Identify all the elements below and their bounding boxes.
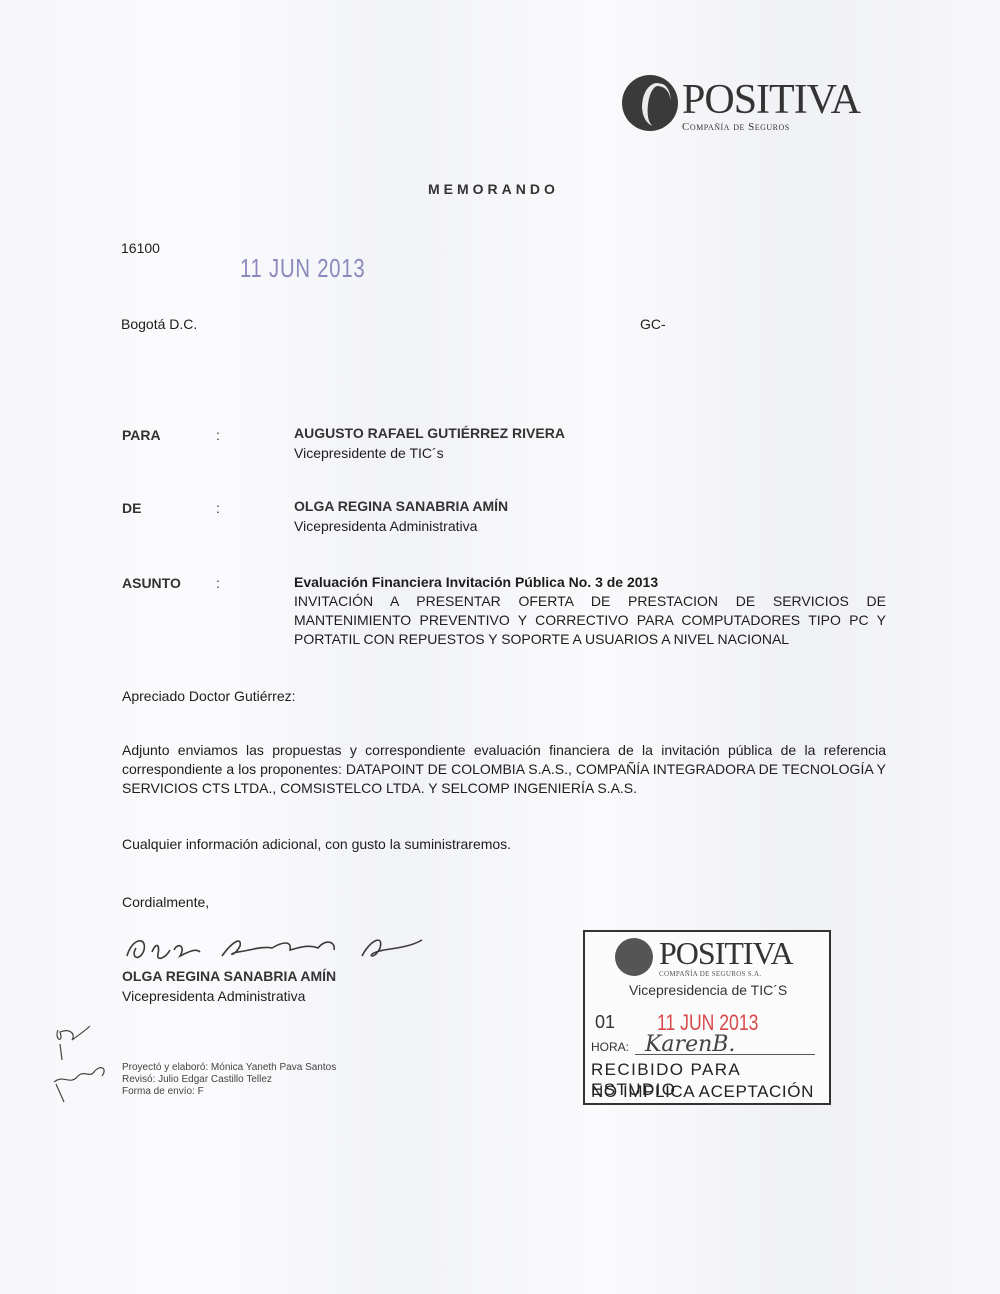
recipient-name: AUGUSTO RAFAEL GUTIÉRREZ RIVERA xyxy=(294,425,565,441)
para-label: PARA xyxy=(122,427,161,443)
signer-name: OLGA REGINA SANABRIA AMÍN xyxy=(122,968,336,984)
subject-body: INVITACIÓN A PRESENTAR OFERTA DE PRESTAC… xyxy=(294,592,886,649)
date-stamp: 11 JUN 2013 xyxy=(240,253,365,284)
asunto-colon: : xyxy=(216,575,220,591)
stamp-logo-name: POSITIVA xyxy=(659,936,793,970)
stamp-disclaimer-text: NO IMPLICA ACEPTACIÓN xyxy=(591,1082,814,1102)
logo-subtitle: Compañía de Seguros xyxy=(682,121,790,133)
de-label: DE xyxy=(122,500,141,516)
sender-name: OLGA REGINA SANABRIA AMÍN xyxy=(294,498,508,514)
positiva-emblem-icon xyxy=(622,75,678,131)
recipient-role: Vicepresidente de TIC´s xyxy=(294,445,444,461)
stamp-hora-label: HORA: xyxy=(591,1040,629,1054)
stamp-number: 01 xyxy=(595,1012,615,1033)
de-colon: : xyxy=(216,500,220,516)
footer-prepared-by: Proyectó y elaboró: Mónica Yaneth Pava S… xyxy=(122,1062,336,1073)
greeting: Apreciado Doctor Gutiérrez: xyxy=(122,688,296,704)
footer-reviewed-by: Revisó: Julio Edgar Castillo Tellez xyxy=(122,1074,272,1085)
handwritten-initials xyxy=(50,1020,130,1105)
reference-code: GC- xyxy=(640,316,666,332)
document-title: MEMORANDO xyxy=(428,181,559,197)
stamp-logo-subtitle: COMPAÑÍA DE SEGUROS S.A. xyxy=(659,970,761,978)
received-stamp: POSITIVA COMPAÑÍA DE SEGUROS S.A. Vicepr… xyxy=(583,930,831,1105)
closing: Cordialmente, xyxy=(122,894,209,910)
handwritten-signature xyxy=(122,918,432,968)
city: Bogotá D.C. xyxy=(121,316,197,332)
stamp-hora-line xyxy=(635,1054,815,1055)
body-paragraph-2: Cualquier información adicional, con gus… xyxy=(122,836,511,852)
stamp-department: Vicepresidencia de TIC´S xyxy=(629,982,787,998)
positiva-logo: POSITIVA Compañía de Seguros xyxy=(622,75,872,145)
subject-title: Evaluación Financiera Invitación Pública… xyxy=(294,573,886,592)
stamp-emblem-icon xyxy=(615,938,653,976)
footer-delivery: Forma de envío: F xyxy=(122,1086,204,1097)
asunto-label: ASUNTO xyxy=(122,575,181,591)
memo-code: 16100 xyxy=(121,240,160,256)
para-colon: : xyxy=(216,427,220,443)
logo-name: POSITIVA xyxy=(682,79,860,121)
signer-role: Vicepresidenta Administrativa xyxy=(122,988,305,1004)
body-paragraph-1: Adjunto enviamos las propuestas y corres… xyxy=(122,741,886,798)
sender-role: Vicepresidenta Administrativa xyxy=(294,518,477,534)
